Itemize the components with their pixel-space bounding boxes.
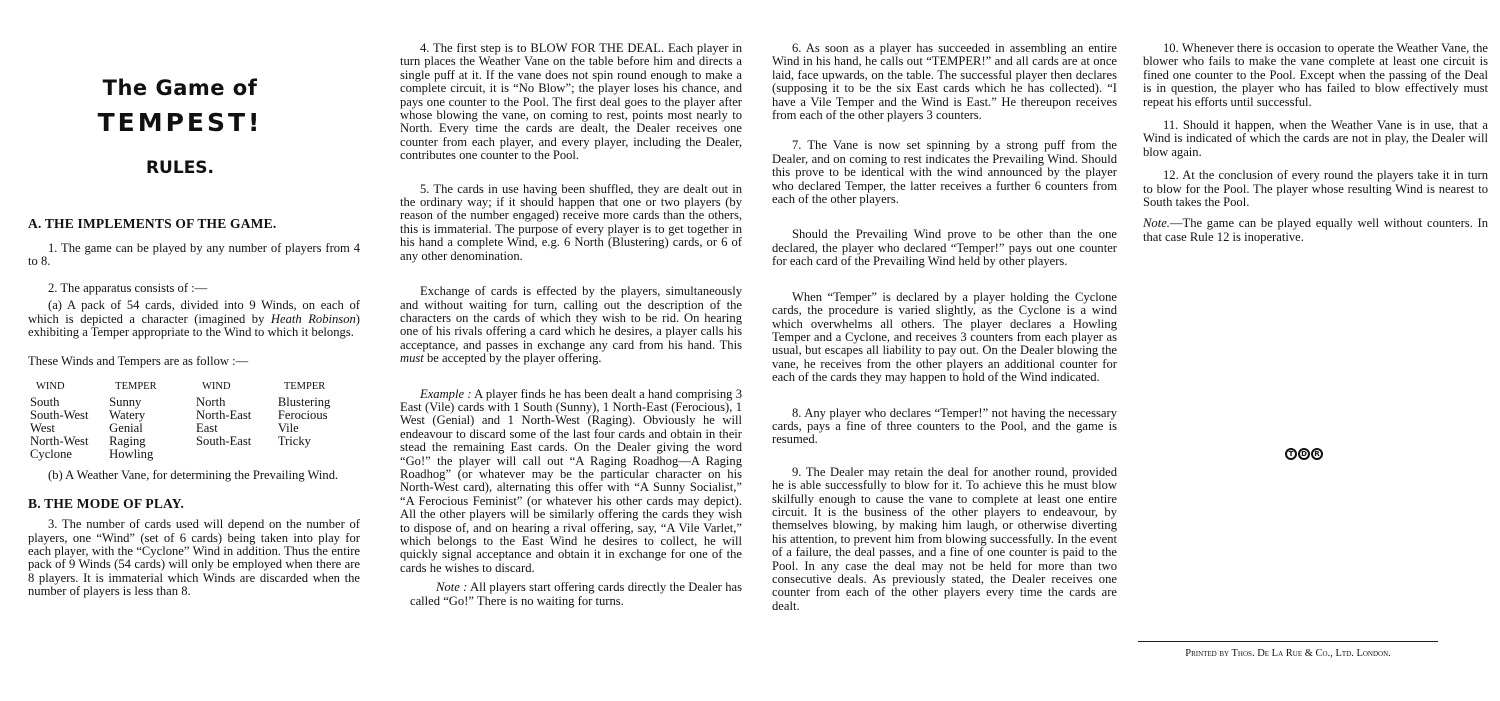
example-paragraph: Example : A player finds he has been dea…: [400, 388, 742, 576]
rules-heading: RULES.: [0, 158, 360, 178]
rule-7-cyclone: When “Temper” is declared by a player ho…: [772, 291, 1117, 385]
rule-7-other: Should the Prevailing Wind prove to be o…: [772, 228, 1117, 268]
rule-5: 5. The cards in use having been shuffled…: [400, 183, 742, 263]
rule-2b: (b) A Weather Vane, for determining the …: [28, 469, 360, 482]
title-line-2: TEMPEST!: [0, 108, 360, 137]
rule-2-intro: 2. The apparatus consists of :—: [28, 282, 360, 295]
rule-7: 7. The Vane is now set spinning by a str…: [772, 139, 1117, 206]
printer-credit: Printed by Thos. De La Rue & Co., Ltd. L…: [1138, 648, 1438, 659]
table-row: West Genial East Vile: [30, 422, 360, 435]
column-2: 4. The first step is to BLOW FOR THE DEA…: [400, 42, 742, 608]
rule-9: 9. The Dealer may retain the deal for an…: [772, 466, 1117, 613]
rule-11: 11. Should it happen, when the Weather V…: [1143, 119, 1488, 159]
rule-1: 1. The game can be played by any number …: [28, 242, 360, 269]
column-3: 6. As soon as a player has succeeded in …: [772, 42, 1117, 613]
winds-table: WIND TEMPER WIND TEMPER South Sunny Nort…: [30, 380, 360, 461]
rule-12: 12. At the conclusion of every round the…: [1143, 169, 1488, 209]
section-b-heading: B. THE MODE OF PLAY.: [28, 496, 360, 512]
rule-2a: (a) A pack of 54 cards, divided into 9 W…: [28, 299, 360, 339]
publisher-logo-icon: T D R: [1285, 448, 1323, 460]
rule-3: 3. The number of cards used will depend …: [28, 518, 360, 598]
footer-divider: [1138, 641, 1438, 642]
table-row: Cyclone Howling: [30, 448, 360, 461]
title-line-1: The Game of: [0, 76, 360, 100]
rule-6: 6. As soon as a player has succeeded in …: [772, 42, 1117, 122]
column-4: 10. Whenever there is occasion to operat…: [1143, 42, 1488, 244]
rule-4: 4. The first step is to BLOW FOR THE DEA…: [400, 42, 742, 163]
table-row: South Sunny North Blustering: [30, 396, 360, 409]
table-row: North-West Raging South-East Tricky: [30, 435, 360, 448]
rule-10: 10. Whenever there is occasion to operat…: [1143, 42, 1488, 109]
table-row: South-West Watery North-East Ferocious: [30, 409, 360, 422]
winds-table-header: WIND TEMPER WIND TEMPER: [30, 380, 360, 396]
section-a-heading: A. THE IMPLEMENTS OF THE GAME.: [28, 216, 360, 232]
note-counters: Note.—The game can be played equally wel…: [1143, 217, 1488, 244]
note-turns: Note : All players start offering cards …: [400, 581, 742, 608]
rule-8: 8. Any player who declares “Temper!” not…: [772, 407, 1117, 447]
exchange-paragraph: Exchange of cards is effected by the pla…: [400, 285, 742, 365]
winds-intro: These Winds and Tempers are as follow :—: [28, 355, 360, 368]
